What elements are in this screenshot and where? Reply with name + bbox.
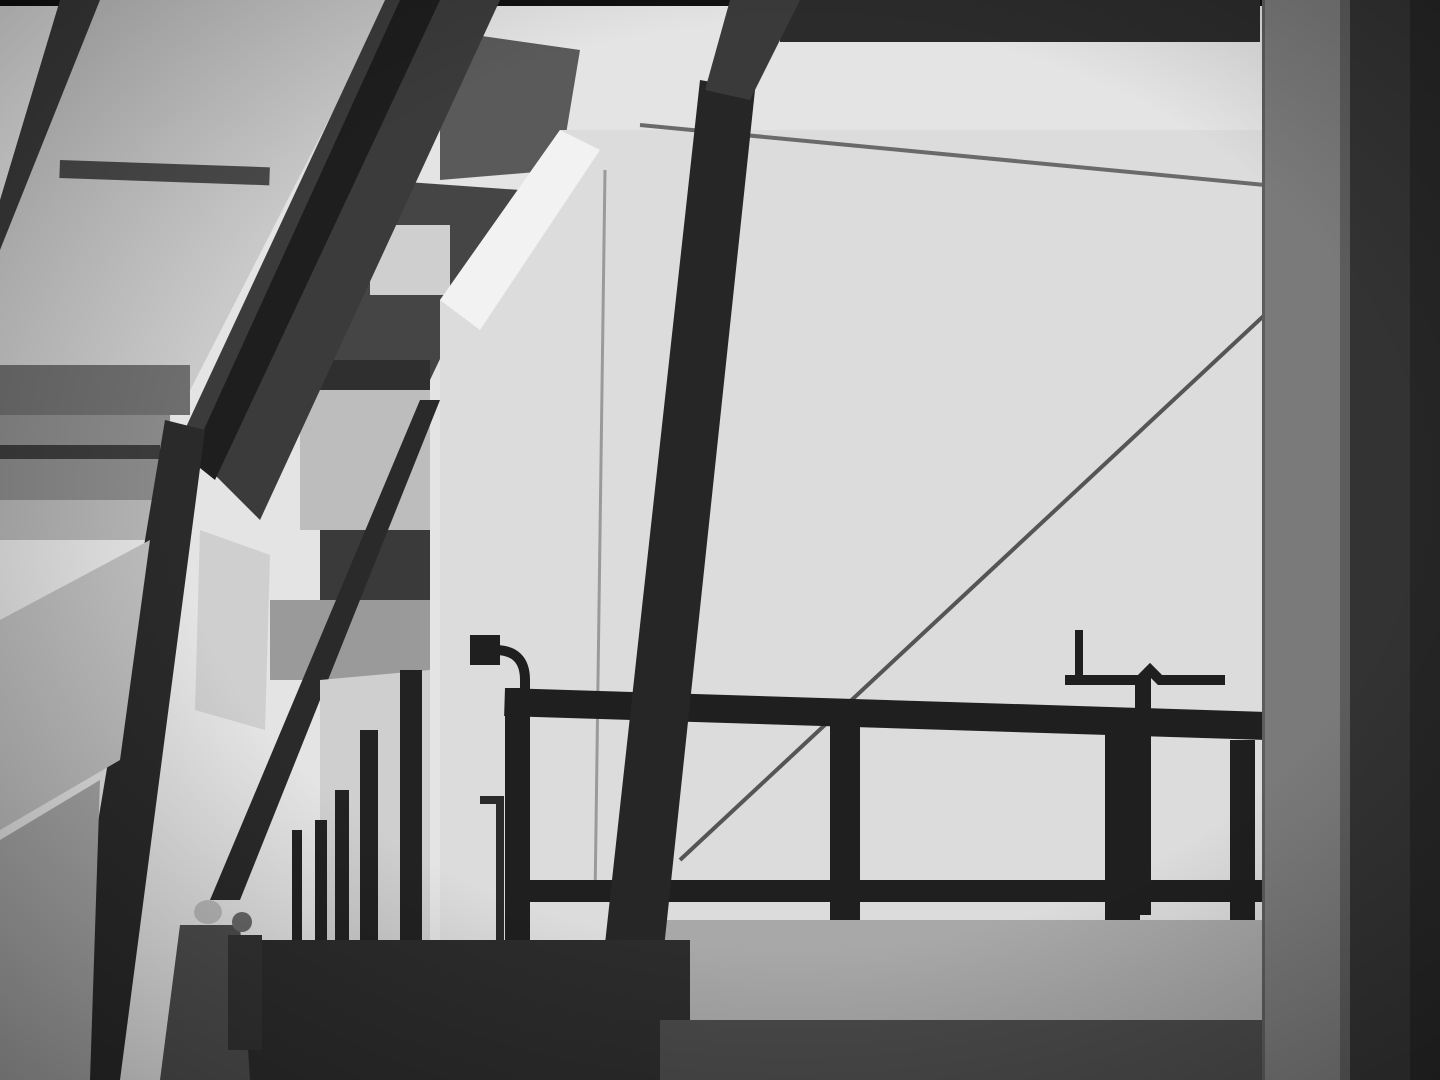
ground-machinery (240, 940, 690, 1080)
film-still (0, 0, 1440, 1080)
industrial-scene (0, 0, 1440, 1080)
foreground-pillar (1262, 0, 1440, 1080)
hanging-box (195, 530, 270, 730)
top-beam (780, 0, 1260, 42)
